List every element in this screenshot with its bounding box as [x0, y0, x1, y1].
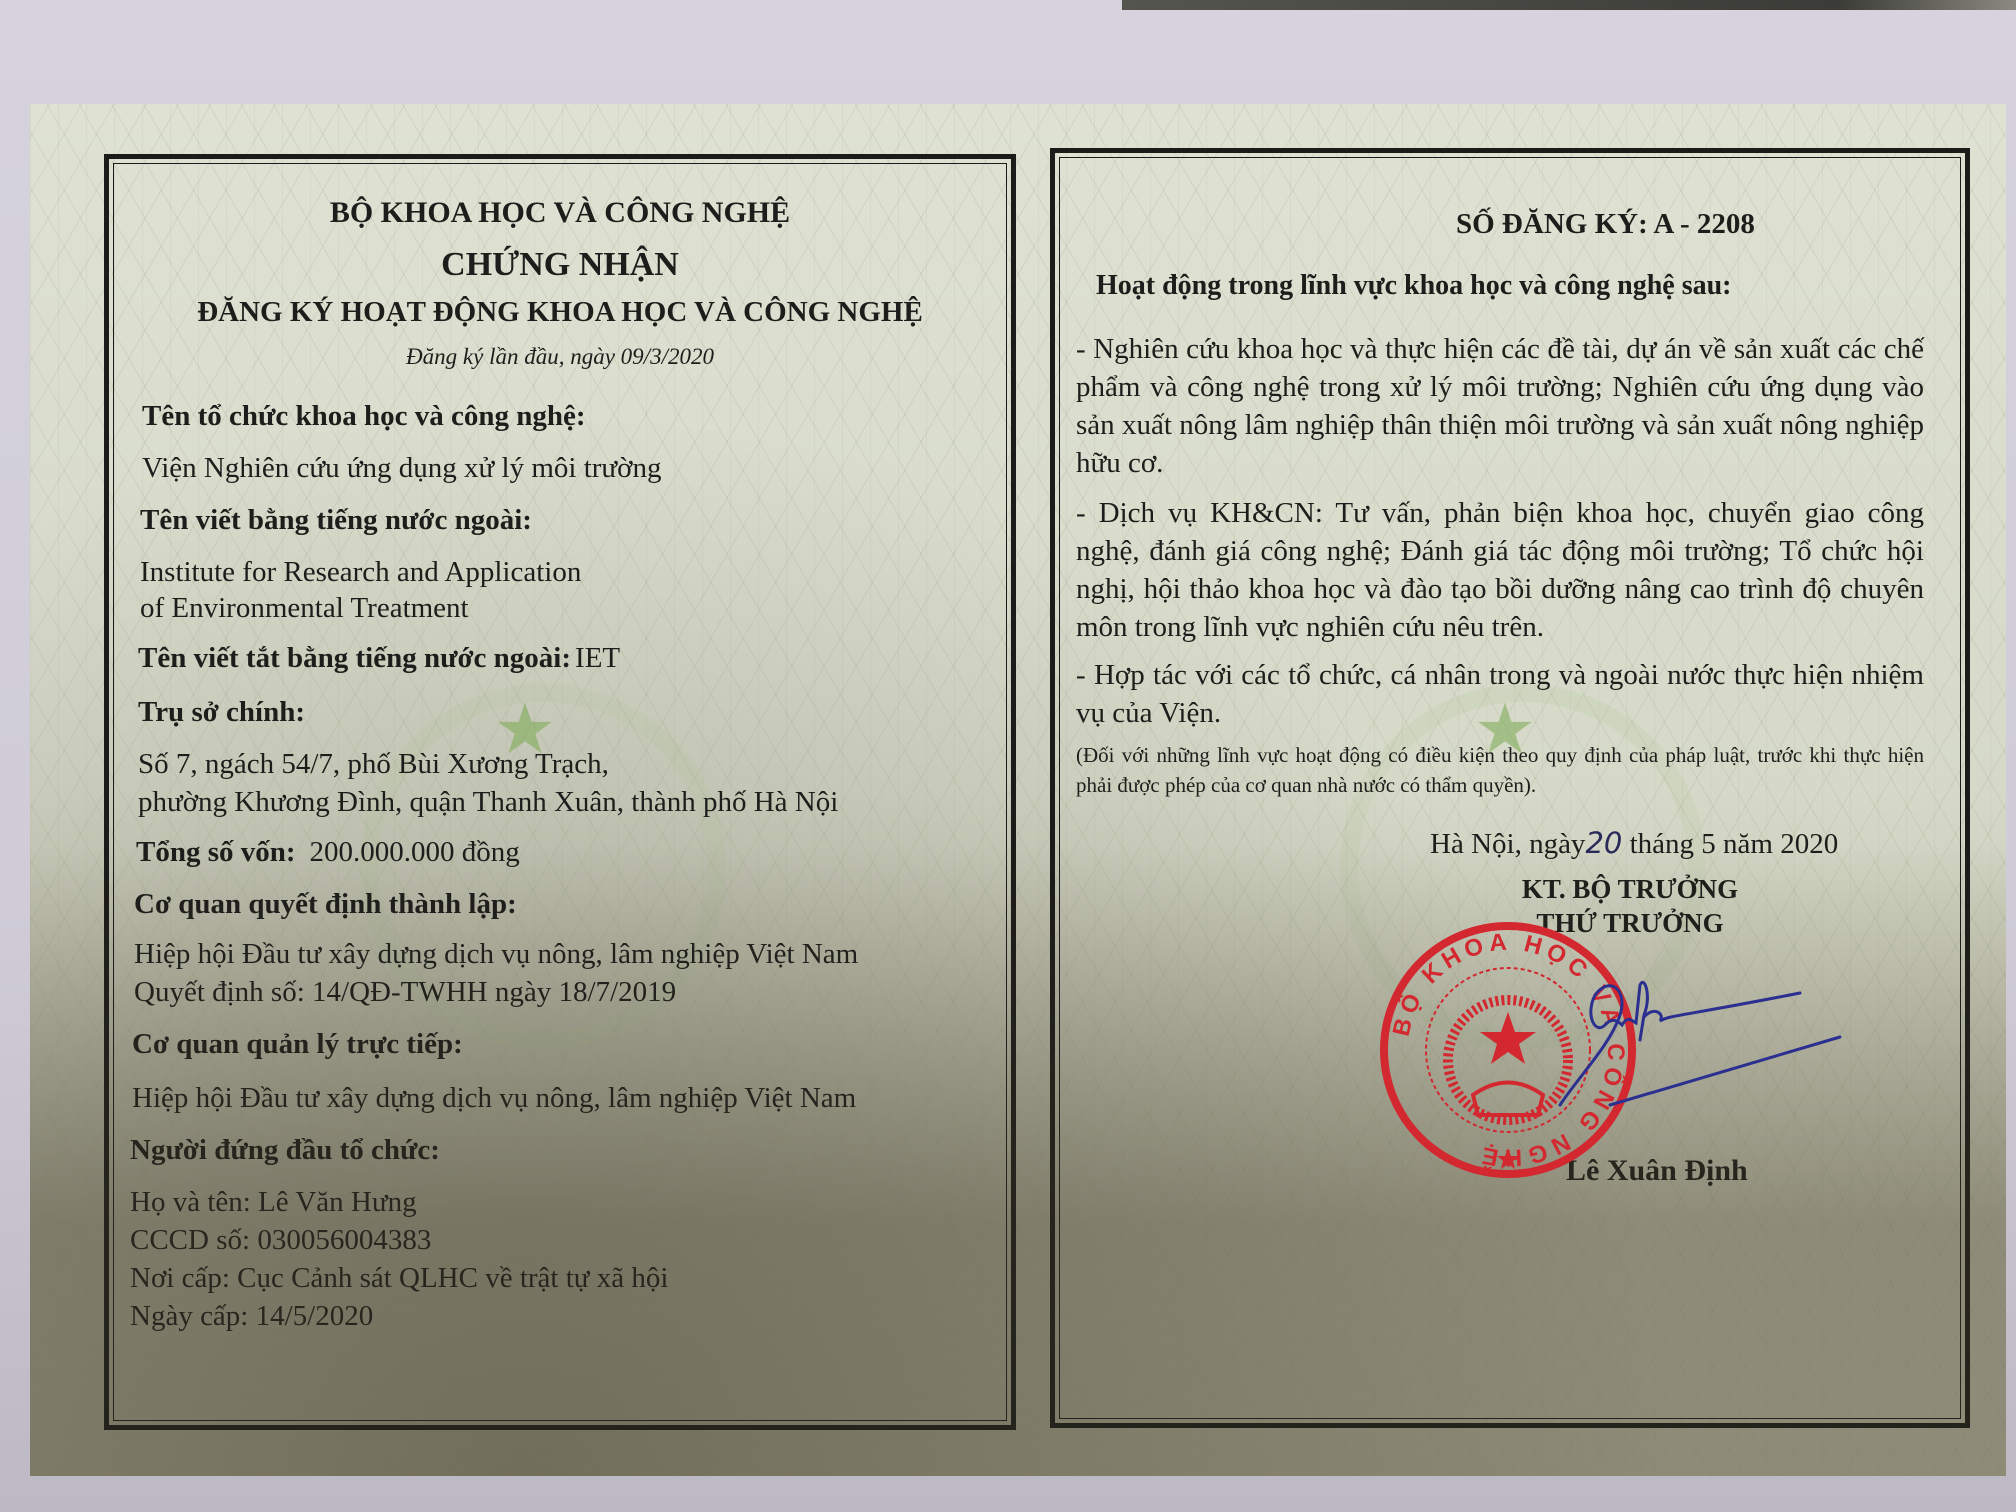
certificate-sheet: ★ ★ BỘ KHOA HỌC VÀ CÔNG NGHỆ CHỨNG NHẬN … — [30, 104, 2006, 1476]
date-day-handwritten: 20 — [1585, 826, 1622, 860]
abbrev-label: Tên viết tắt bằng tiếng nước ngoài: — [138, 642, 571, 674]
founding-body-label: Cơ quan quyết định thành lập: — [134, 888, 517, 921]
foreign-name-line1: Institute for Research and Application — [140, 556, 581, 589]
issue-date: Hà Nội, ngày20 tháng 5 năm 2020 — [1430, 826, 1838, 861]
capital-value: 200.000.000 đồng — [310, 836, 520, 868]
head-id: CCCD số: 030056004383 — [130, 1224, 431, 1257]
org-name: Viện Nghiên cứu ứng dụng xử lý môi trườn… — [142, 452, 661, 485]
head-label: Người đứng đầu tổ chức: — [130, 1134, 440, 1167]
activity-item: - Hợp tác với các tổ chức, cá nhân trong… — [1076, 656, 1924, 732]
hq-line1: Số 7, ngách 54/7, phố Bùi Xương Trạch, — [138, 748, 609, 781]
org-name-label: Tên tổ chức khoa học và công nghệ: — [142, 400, 586, 433]
abbrev-row: Tên viết tắt bằng tiếng nước ngoài: IET — [138, 642, 620, 675]
foreign-name-label: Tên viết bằng tiếng nước ngoài: — [140, 504, 532, 537]
signer-title-1: KT. BỘ TRƯỞNG — [1500, 874, 1760, 905]
foreign-name-line2: of Environmental Treatment — [140, 592, 469, 625]
registration-number: SỐ ĐĂNG KÝ: A - 2208 — [1456, 208, 1755, 241]
signature-icon — [1540, 955, 1860, 1125]
hq-line2: phường Khương Đình, quận Thanh Xuân, thà… — [138, 786, 838, 819]
activity-item: - Nghiên cứu khoa học và thực hiện các đ… — [1076, 330, 1924, 482]
founding-body: Hiệp hội Đầu tư xây dựng dịch vụ nông, l… — [134, 938, 858, 971]
managing-body: Hiệp hội Đầu tư xây dựng dịch vụ nông, l… — [132, 1082, 856, 1115]
capital-label: Tổng số vốn: — [136, 836, 296, 868]
head-issued-date: Ngày cấp: 14/5/2020 — [130, 1300, 373, 1333]
hq-label: Trụ sở chính: — [138, 696, 305, 729]
date-prefix: Hà Nội, ngày — [1430, 828, 1585, 860]
first-registration-date: Đăng ký lần đầu, ngày 09/3/2020 — [104, 344, 1016, 370]
head-name: Họ và tên: Lê Văn Hưng — [130, 1186, 417, 1219]
certificate-title: CHỨNG NHẬN — [104, 246, 1016, 284]
date-suffix: tháng 5 năm 2020 — [1630, 828, 1839, 860]
legal-note: (Đối với những lĩnh vực hoạt động có điề… — [1076, 740, 1924, 800]
ministry-heading: BỘ KHOA HỌC VÀ CÔNG NGHỆ — [104, 196, 1016, 230]
certificate-subtitle: ĐĂNG KÝ HOẠT ĐỘNG KHOA HỌC VÀ CÔNG NGHỆ — [104, 296, 1016, 329]
background-object — [1122, 0, 2016, 10]
capital-row: Tổng số vốn: 200.000.000 đồng — [136, 836, 520, 869]
activity-item: - Dịch vụ KH&CN: Tư vấn, phản biện khoa … — [1076, 494, 1924, 646]
activities-heading: Hoạt động trong lĩnh vực khoa học và côn… — [1096, 270, 1732, 302]
managing-body-label: Cơ quan quản lý trực tiếp: — [132, 1028, 463, 1061]
head-issued-by: Nơi cấp: Cục Cảnh sát QLHC về trật tự xã… — [130, 1262, 668, 1295]
founding-decision: Quyết định số: 14/QĐ-TWHH ngày 18/7/2019 — [134, 976, 676, 1009]
abbrev-value: IET — [575, 642, 620, 674]
